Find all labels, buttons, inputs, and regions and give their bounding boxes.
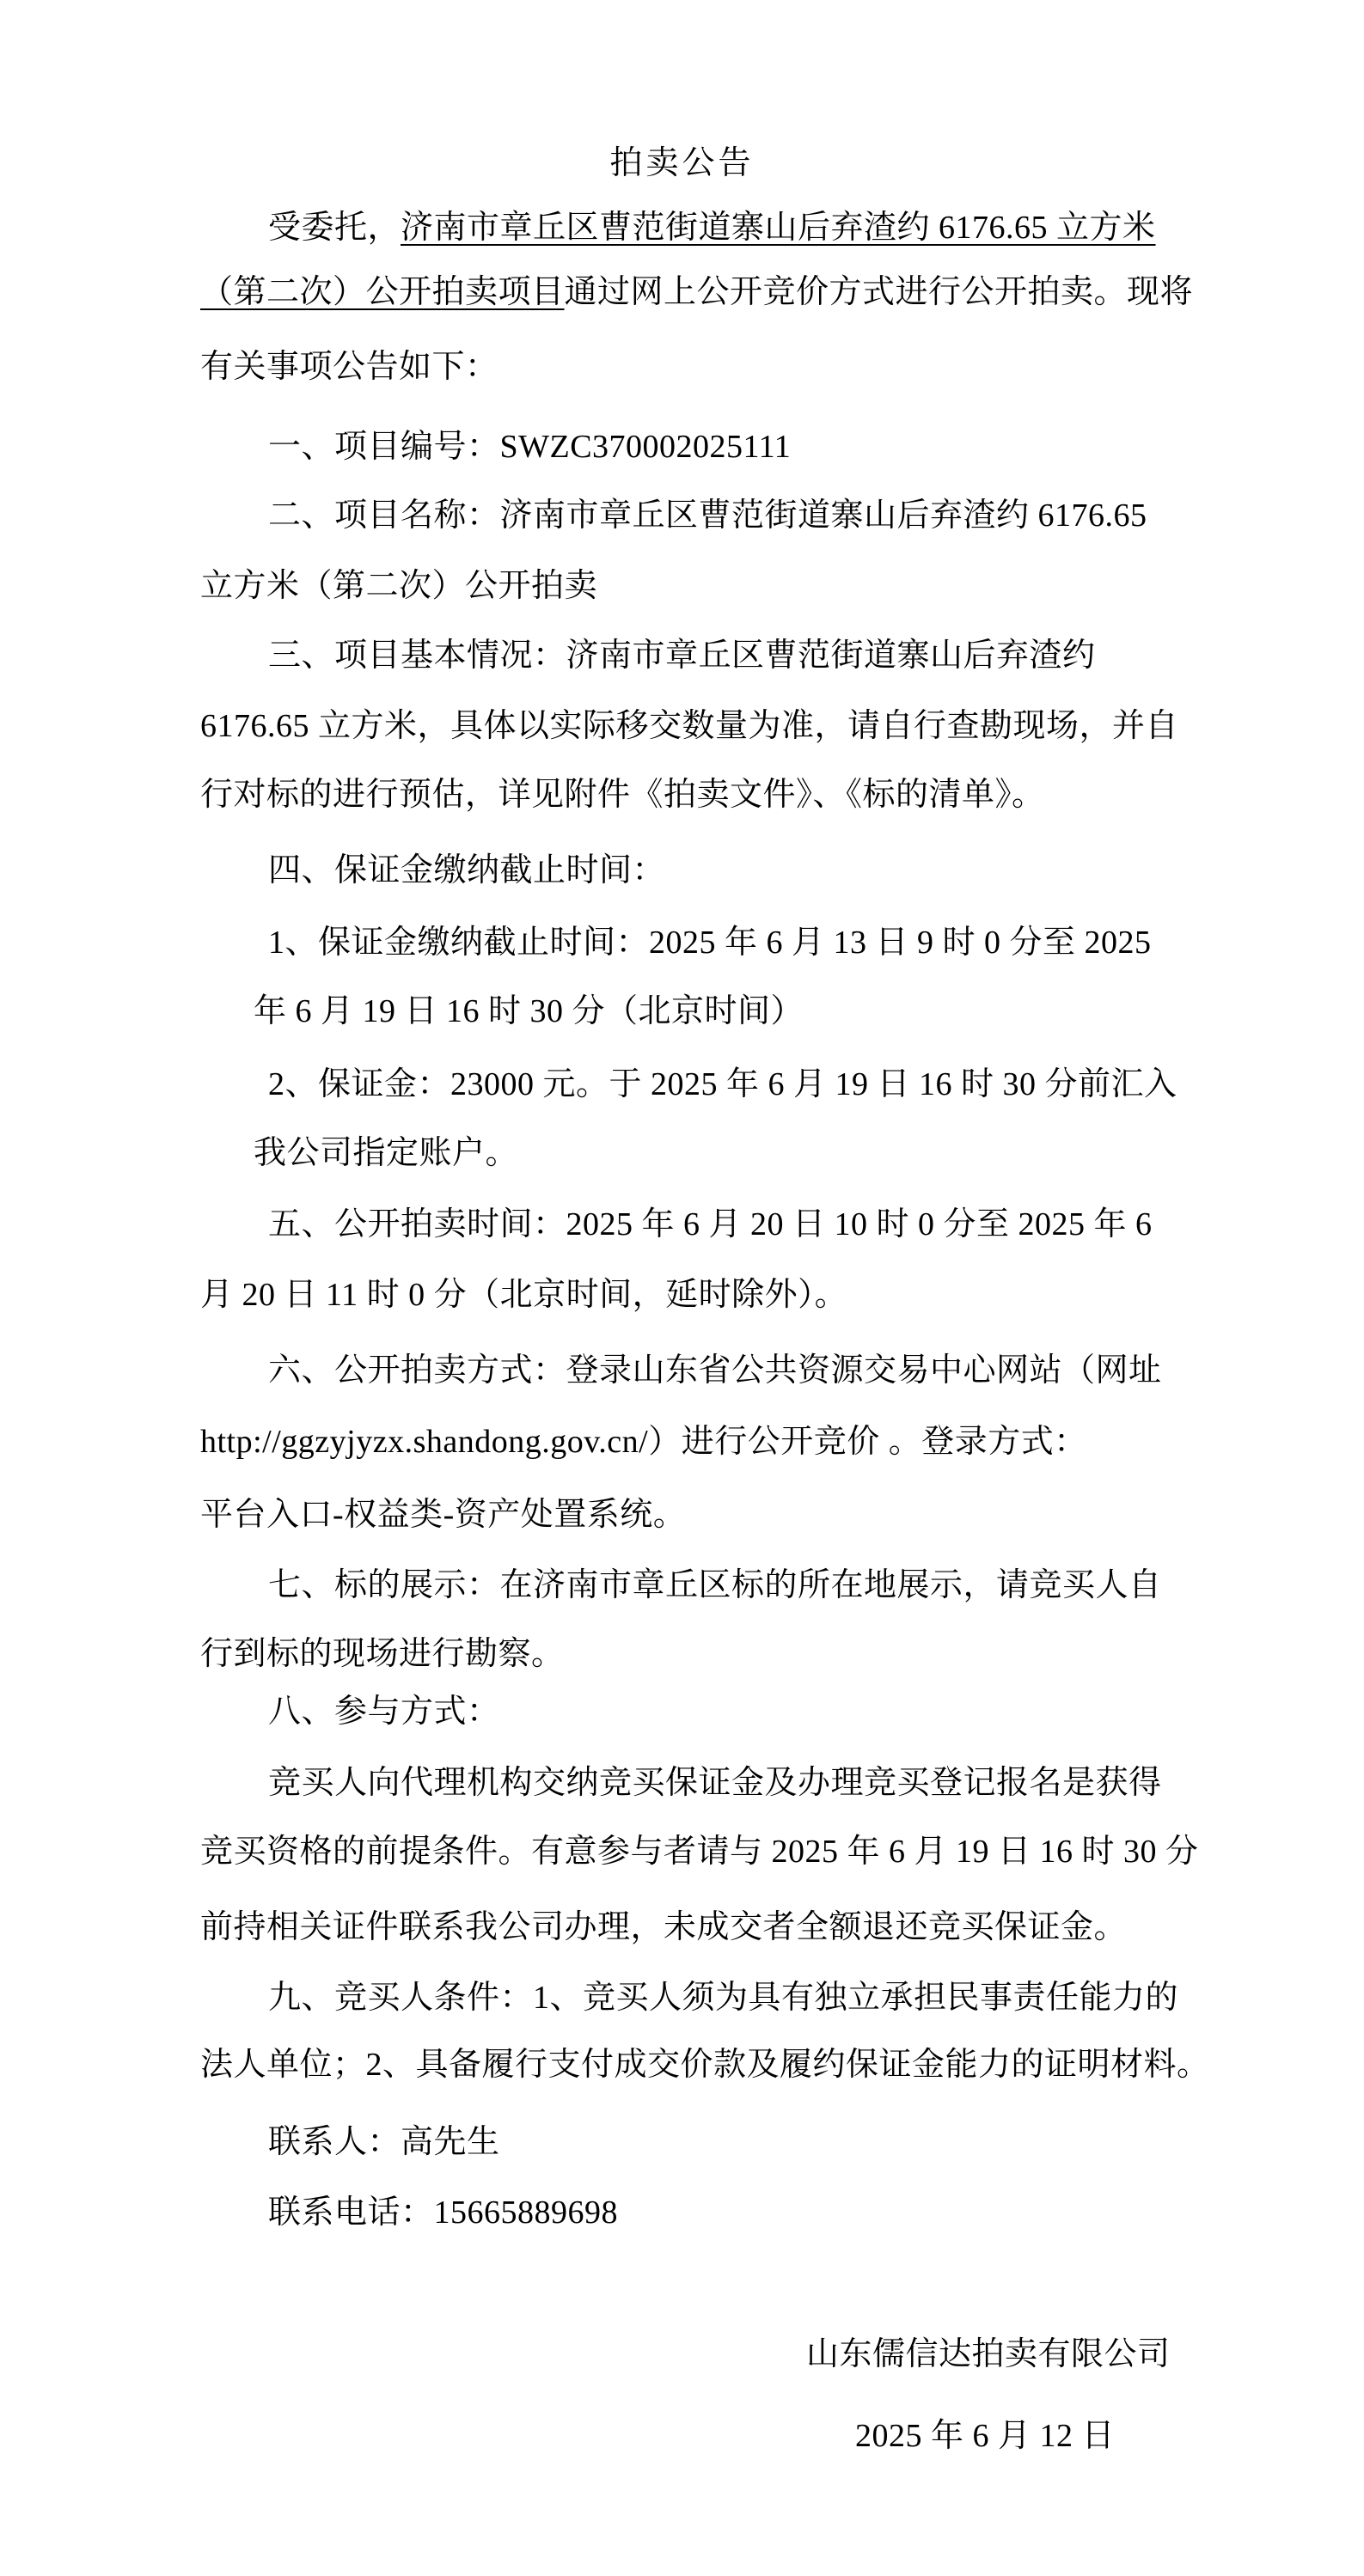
page-title: 拍卖公告 (0, 143, 1364, 183)
section-4-sub-2-line-1: 2、保证金：23000 元。于 2025 年 6 月 19 日 16 时 30 … (268, 1065, 1177, 1104)
signature-block: 山东儒信达拍卖有限公司 (806, 2335, 1164, 2374)
section-3-basic-info-line-1: 三、项目基本情况：济南市章丘区曹范街道寨山后弃渣约 (268, 636, 1096, 675)
contact-person: 联系人：高先生 (268, 2122, 500, 2162)
section-8-participation-line-1: 竞买人向代理机构交纳竞买保证金及办理竞买登记报名是获得 (268, 1763, 1162, 1803)
section-8-participation-heading: 八、参与方式： (268, 1692, 500, 1731)
intro-line-2-rest: 通过网上公开竞价方式进行公开拍卖。现将 (565, 274, 1194, 310)
section-2-project-name-line-2: 立方米（第二次）公开拍卖 (200, 566, 597, 606)
section-9-bidder-conditions-line-1: 九、竞买人条件：1、竞买人须为具有独立承担民事责任能力的 (268, 1978, 1178, 2017)
section-3-basic-info-line-2: 6176.65 立方米，具体以实际移交数量为准，请自行查勘现场，并自 (200, 706, 1178, 746)
contact-phone: 联系电话：15665889698 (268, 2193, 618, 2232)
signature-date: 2025 年 6 月 12 日 (806, 2416, 1164, 2456)
section-7-display-line-2: 行到标的现场进行勘察。 (200, 1634, 565, 1674)
signature-company: 山东儒信达拍卖有限公司 (806, 2335, 1164, 2374)
section-4-deposit-deadline-heading: 四、保证金缴纳截止时间： (268, 851, 665, 890)
signature-date-block: 2025 年 6 月 12 日 (806, 2416, 1164, 2456)
section-6-auction-method-line-2-url: http://ggzyjyzx.shandong.gov.cn/）进行公开竞价 … (200, 1422, 1087, 1462)
section-5-auction-time-line-1: 五、公开拍卖时间：2025 年 6 月 20 日 10 时 0 分至 2025 … (268, 1205, 1153, 1244)
section-8-participation-line-3: 前持相关证件联系我公司办理，未成交者全额退还竞买保证金。 (200, 1908, 1127, 1947)
section-9-bidder-conditions-line-2: 法人单位；2、具备履行支付成交价款及履约保证金能力的证明材料。 (200, 2045, 1210, 2085)
intro-line-1: 受委托，济南市章丘区曹范街道寨山后弃渣约 6176.65 立方米 (268, 208, 1156, 247)
section-6-auction-method-line-3: 平台入口-权益类-资产处置系统。 (200, 1495, 686, 1535)
section-5-auction-time-line-2: 月 20 日 11 时 0 分（北京时间，延时除外）。 (200, 1275, 847, 1315)
project-name-underlined-part2: （第二次）公开拍卖项目 (200, 274, 565, 310)
project-name-underlined-part1: 济南市章丘区曹范街道寨山后弃渣约 6176.65 立方米 (401, 210, 1156, 246)
auction-announcement-page: 拍卖公告 受委托，济南市章丘区曹范街道寨山后弃渣约 6176.65 立方米 （第… (0, 0, 1364, 2576)
intro-lead: 受委托， (268, 210, 401, 246)
section-1-project-number: 一、项目编号：SWZC370002025111 (268, 427, 791, 467)
intro-line-3: 有关事项公告如下： (200, 347, 499, 387)
section-7-display-line-1: 七、标的展示：在济南市章丘区标的所在地展示，请竞买人自 (268, 1566, 1162, 1605)
section-6-auction-method-line-1: 六、公开拍卖方式：登录山东省公共资源交易中心网站（网址 (268, 1351, 1162, 1390)
section-4-sub-1-line-1: 1、保证金缴纳截止时间：2025 年 6 月 13 日 9 时 0 分至 202… (268, 923, 1152, 962)
section-4-sub-2-line-2: 我公司指定账户。 (254, 1133, 518, 1173)
section-4-sub-1-line-2: 年 6 月 19 日 16 时 30 分（北京时间） (254, 992, 804, 1031)
section-8-participation-line-2: 竞买资格的前提条件。有意参与者请与 2025 年 6 月 19 日 16 时 3… (200, 1832, 1199, 1871)
intro-line-2: （第二次）公开拍卖项目通过网上公开竞价方式进行公开拍卖。现将 (200, 272, 1193, 312)
section-3-basic-info-line-3: 行对标的进行预估，详见附件《拍卖文件》、《标的清单》。 (200, 775, 1045, 815)
section-2-project-name-line-1: 二、项目名称：济南市章丘区曹范街道寨山后弃渣约 6176.65 (268, 496, 1147, 535)
